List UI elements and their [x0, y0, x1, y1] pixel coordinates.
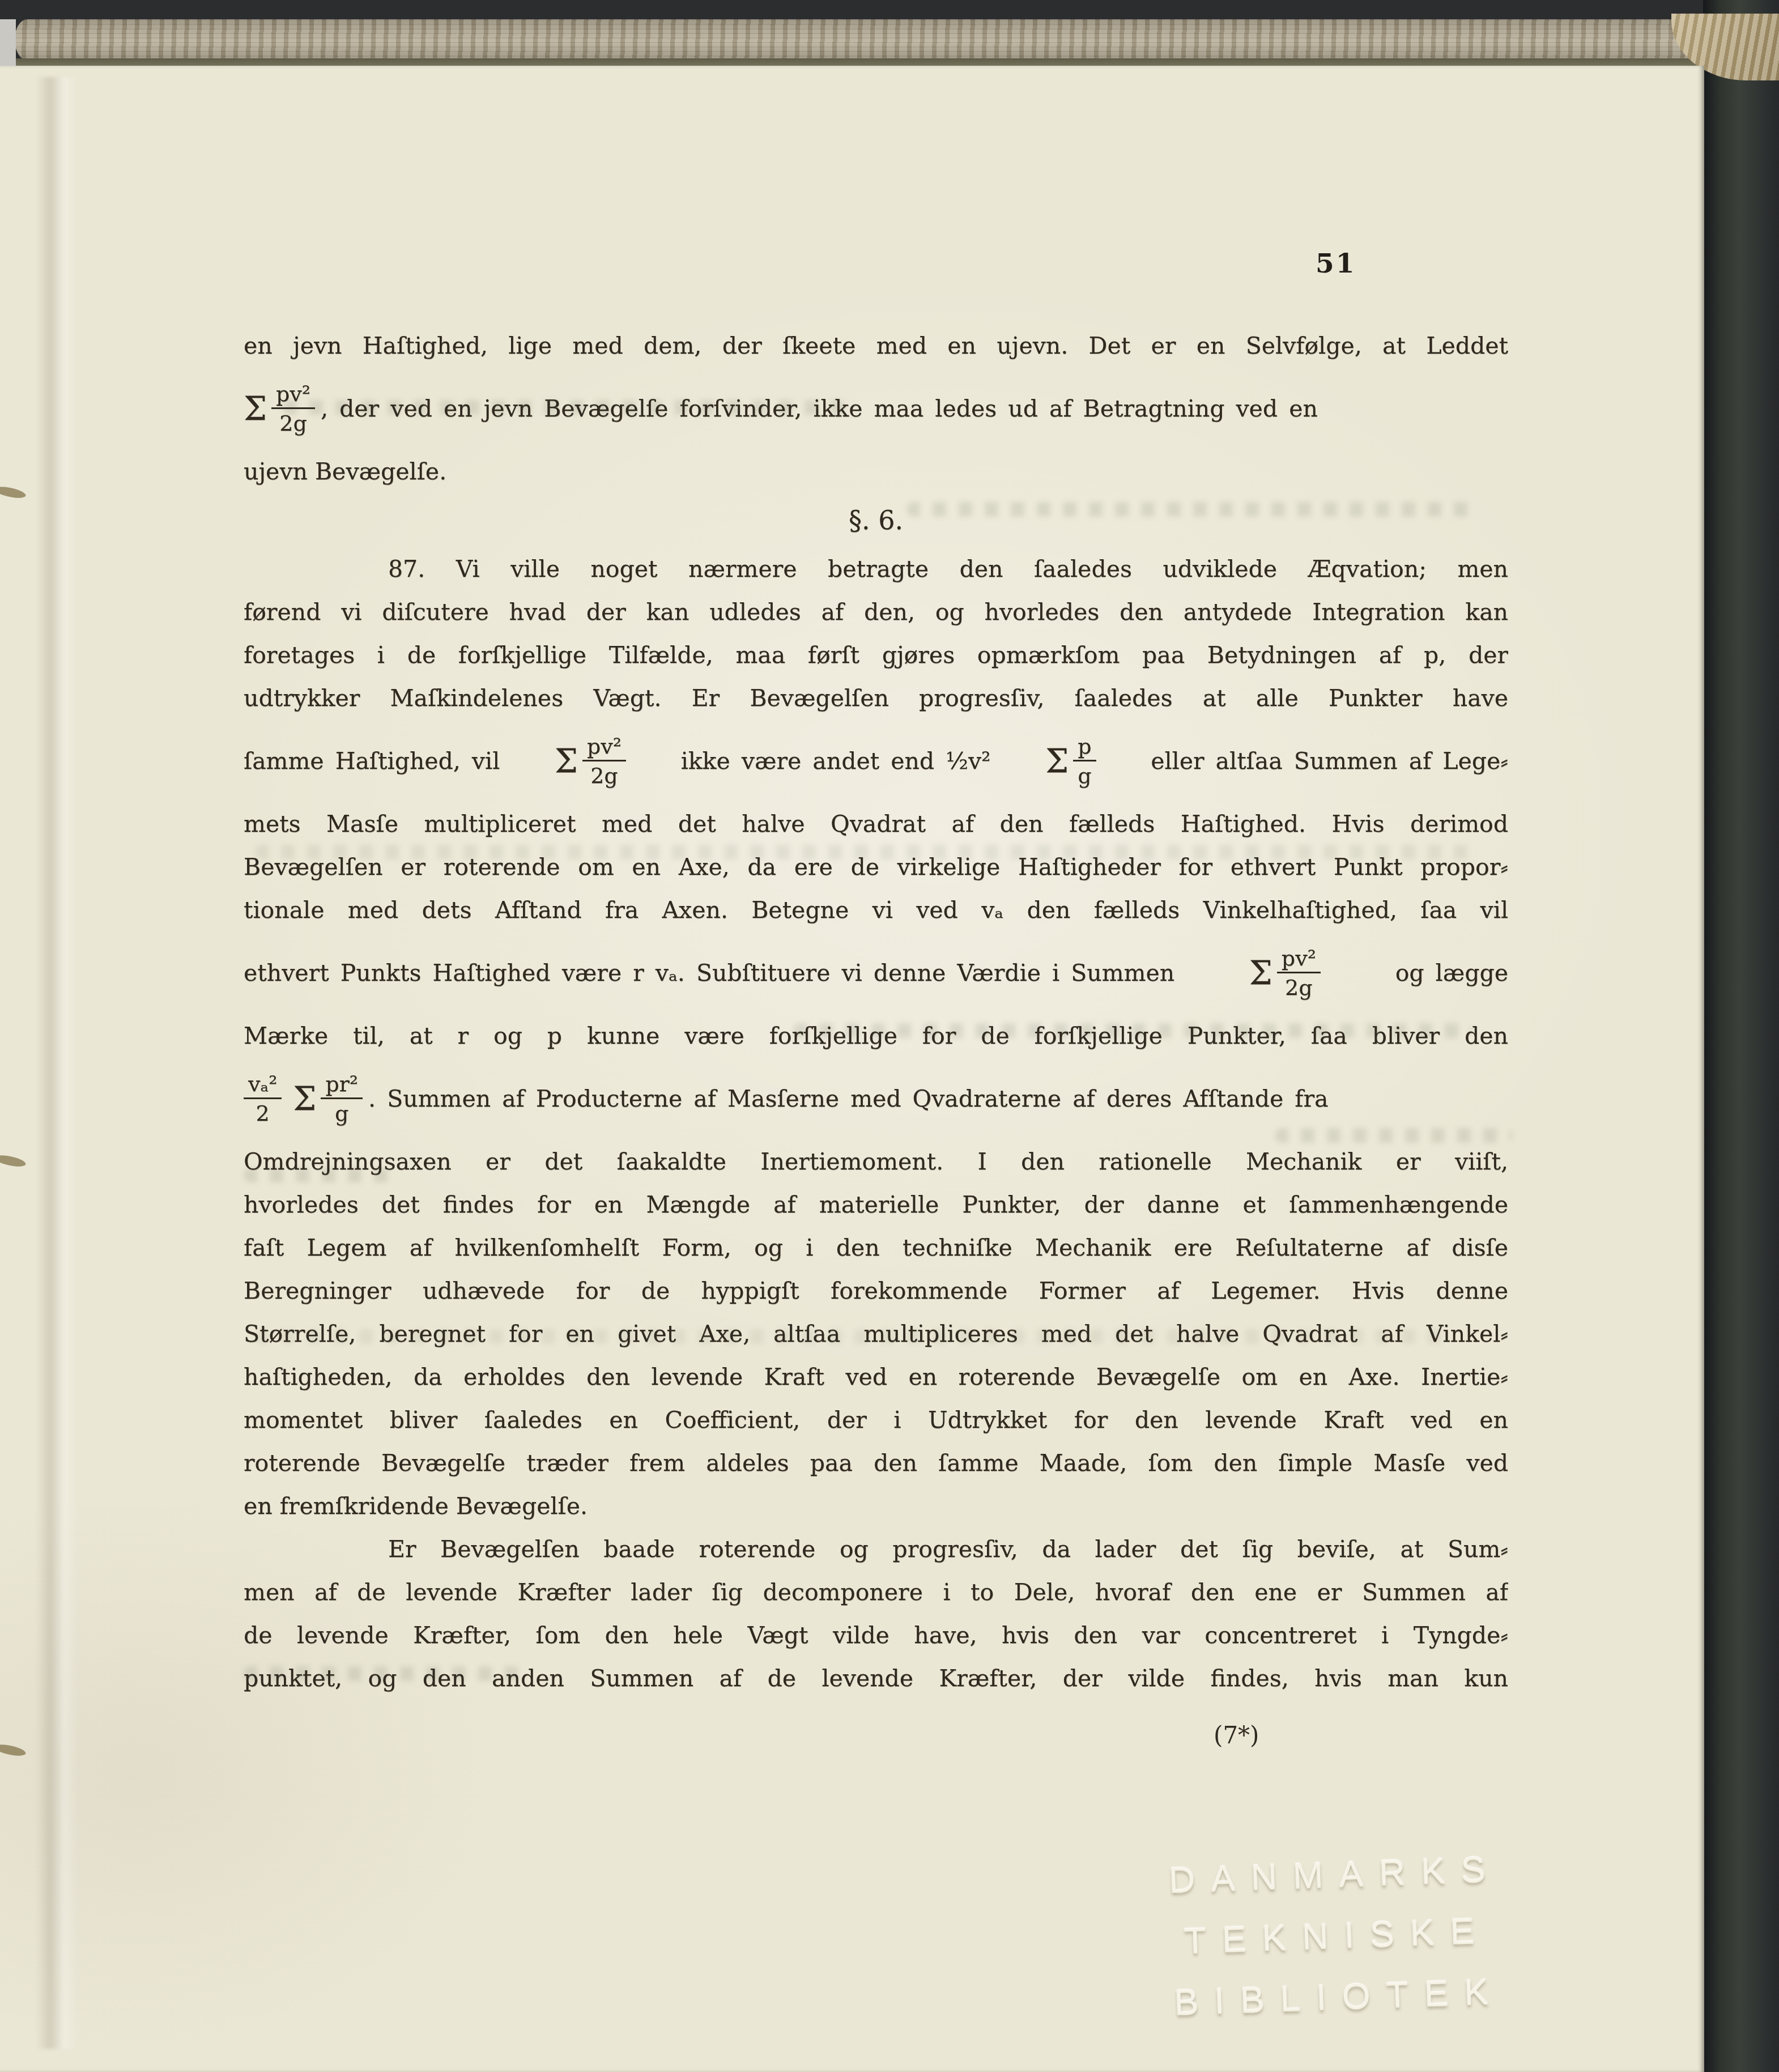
fraction-numerator: pv² — [271, 383, 315, 409]
fraction-numerator: pv² — [582, 735, 626, 761]
fraction-denominator: g — [335, 1099, 348, 1124]
fraction-denominator: 2g — [1285, 973, 1313, 998]
text-line: faſt Legem af hvilkenſomhelſt Form, og i… — [244, 1226, 1508, 1269]
fraction-numerator: vₐ² — [244, 1073, 282, 1099]
fraction: p g — [1073, 735, 1096, 786]
fraction-denominator: 2g — [590, 761, 618, 786]
fraction: pv² 2g — [582, 735, 626, 786]
text-line: punktet, og den anden Summen af de leven… — [244, 1657, 1508, 1700]
text-line: Bevægelſen er roterende om en Axe, da er… — [244, 845, 1508, 888]
text-line: momentet bliver ſaaledes en Coefficient,… — [244, 1398, 1508, 1441]
text-line: tionale med dets Afſtand fra Axen. Beteg… — [244, 888, 1508, 931]
text-segment: eller altſaa Summen af Lege⸗ — [1151, 747, 1508, 775]
book-cover-right-binding — [1703, 0, 1779, 2072]
formula-line: Σ pv² 2g , der ved en jevn Bevægelſe for… — [244, 367, 1508, 450]
text-segment: ethvert Punkts Haſtighed være r vₐ. Subſ… — [244, 959, 1174, 986]
formula-line: ethvert Punkts Haſtighed være r vₐ. Subſ… — [244, 931, 1508, 1014]
text-line: en jevn Haſtighed, lige med dem, der ſke… — [244, 324, 1508, 367]
text-segment: . Summen af Producterne af Masſerne med … — [368, 1085, 1328, 1112]
fraction: pr² g — [321, 1073, 363, 1124]
stamp-line-2: TEKNISKE BIBLIOTEK — [1013, 1894, 1663, 2039]
text-line: 87. Vi ville noget nærmere betragte den … — [244, 547, 1508, 590]
embossed-library-stamp: DANMARKS TEKNISKE BIBLIOTEK — [1011, 1833, 1663, 2039]
deckle-crease — [36, 77, 78, 2049]
formula-line: ſamme Haſtighed, vil Σ pv² 2g ikke være … — [244, 720, 1508, 802]
stitch-mark — [0, 1153, 27, 1168]
fraction-numerator: pr² — [321, 1073, 363, 1099]
text-line: Størrelſe, beregnet for en givet Axe, al… — [244, 1312, 1508, 1355]
formula-sum-pv2-2g: Σ pv² 2g — [244, 383, 315, 434]
text-line: haſtigheden, da erholdes den levende Kra… — [244, 1355, 1508, 1398]
formula-sum-pr2-g: Σ pr² g — [293, 1073, 363, 1124]
fraction-denominator: 2 — [256, 1099, 270, 1124]
text-line: førend vi diſcutere hvad der kan udledes… — [244, 590, 1508, 633]
text-line: Mærke til, at r og p kunne være forſkjel… — [244, 1014, 1508, 1057]
fraction-numerator: p — [1073, 735, 1096, 761]
text-segment: ſamme Haſtighed, vil — [244, 747, 500, 775]
formula-sum-pv2-2g: Σ pv² 2g — [1249, 947, 1321, 998]
text-line: roterende Bevægelſe træder frem aldeles … — [244, 1441, 1508, 1484]
text-line: ujevn Bevægelſe. — [244, 450, 1508, 493]
printer-signature-mark: (7*) — [1214, 1721, 1259, 1749]
text-line: mets Masſe multipliceret med det halve Q… — [244, 802, 1508, 845]
fraction: pv² 2g — [271, 383, 315, 434]
formula-sum-pv2-2g: Σ pv² 2g — [555, 735, 626, 786]
text-line: hvorledes det findes for en Mængde af ma… — [244, 1183, 1508, 1226]
text-line: men af de levende Kræfter lader ſig deco… — [244, 1571, 1508, 1614]
sigma-symbol: Σ — [1249, 954, 1272, 992]
scanned-book-page-photo: 51 en jevn Haſtighed, lige med dem, der … — [0, 0, 1779, 2072]
fraction-denominator: g — [1078, 761, 1091, 786]
sigma-symbol: Σ — [244, 389, 267, 428]
text-segment: , der ved en jevn Bevægelſe forſvinder, … — [321, 395, 1318, 422]
sigma-symbol: Σ — [555, 742, 578, 780]
text-segment: og lægge — [1395, 959, 1508, 986]
stitch-mark — [0, 1742, 27, 1758]
sigma-symbol: Σ — [1045, 742, 1069, 780]
fraction-denominator: 2g — [279, 409, 307, 434]
formula-line: vₐ² 2 Σ pr² g . Summen af Producterne af… — [244, 1057, 1508, 1140]
text-line: en fremſkridende Bevægelſe. — [244, 1484, 1508, 1528]
book-top-edge-shadow — [15, 58, 1706, 66]
text-line: udtrykker Maſkindelenes Vægt. Er Bevægel… — [244, 677, 1508, 720]
fraction-numerator: pv² — [1277, 947, 1321, 973]
text-line: Beregninger udhævede for de hyppigſt for… — [244, 1269, 1508, 1312]
sigma-symbol: Σ — [293, 1079, 316, 1118]
text-line: de levende Kræfter, ſom den hele Vægt vi… — [244, 1614, 1508, 1657]
formula-va2-2: vₐ² 2 — [244, 1073, 282, 1124]
text-line: Er Bevægelſen baade roterende og progres… — [244, 1528, 1508, 1571]
stitch-mark — [0, 484, 27, 500]
book-top-page-edges — [15, 19, 1706, 60]
page-number: 51 — [1316, 248, 1356, 279]
formula-sum-p-g: Σ p g — [1045, 735, 1096, 786]
fraction: pv² 2g — [1277, 947, 1321, 998]
text-line: Omdrejningsaxen er det ſaakaldte Inertie… — [244, 1140, 1508, 1183]
section-heading: §. 6. — [244, 493, 1508, 547]
text-block: en jevn Haſtighed, lige med dem, der ſke… — [244, 324, 1508, 1700]
text-segment: ikke være andet end ½v² — [681, 747, 991, 775]
fraction: vₐ² 2 — [244, 1073, 282, 1124]
text-line: foretages i de forſkjellige Tilfælde, ma… — [244, 633, 1508, 677]
